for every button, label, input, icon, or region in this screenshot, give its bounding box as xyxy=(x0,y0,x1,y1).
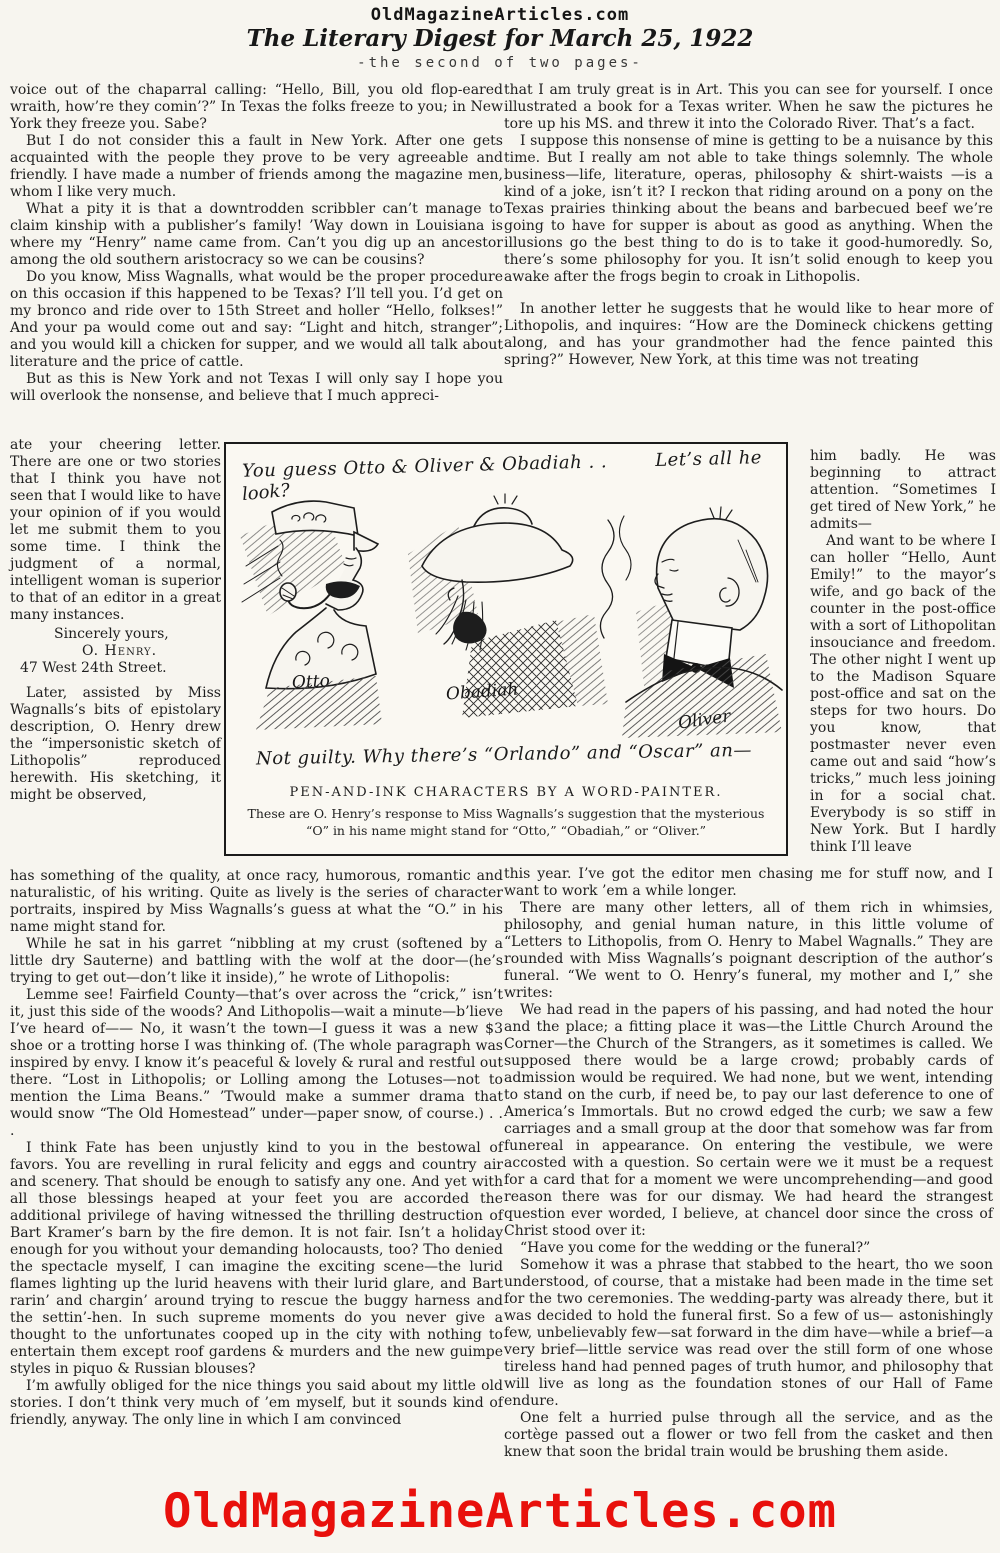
paragraph: We had read in the papers of his passing… xyxy=(504,1002,993,1240)
illustration-subcaption: These are O. Henry’s response to Miss Wa… xyxy=(226,805,786,839)
sketch-otto xyxy=(240,501,382,730)
paragraph: One felt a hurried pulse through all the… xyxy=(504,1410,993,1461)
paragraph: Somehow it was a phrase that stabbed to … xyxy=(504,1257,993,1410)
right-column-narrow: him badly. He was beginning to attract a… xyxy=(810,448,996,856)
pen-and-ink-sketch xyxy=(226,492,786,742)
signature-name: O. Henry. xyxy=(10,643,221,660)
page-note: -the second of two pages- xyxy=(0,55,1000,71)
paragraph: him badly. He was beginning to attract a… xyxy=(810,448,996,533)
paragraph: Later, assisted by Miss Wagnalls’s bits … xyxy=(10,685,221,804)
handwriting-bottom: Not guilty. Why there’s “Orlando” and “O… xyxy=(256,740,766,770)
character-label-otto: Otto xyxy=(292,671,331,693)
illustration-box: You guess Otto & Oliver & Obadiah . . Le… xyxy=(224,442,788,856)
illustration-caption: PEN-AND-INK CHARACTERS BY A WORD-PAINTER… xyxy=(226,785,786,800)
site-title: OldMagazineArticles.com xyxy=(0,5,1000,25)
paragraph: What a pity it is that a downtrodden scr… xyxy=(10,201,503,269)
right-column-upper: that I am truly great is in Art. This yo… xyxy=(504,82,993,369)
signature-closing: Sincerely yours, xyxy=(10,626,221,643)
paragraph: I think Fate has been unjustly kind to y… xyxy=(10,1140,503,1378)
paragraph: While he sat in his garret “nibbling at … xyxy=(10,936,503,987)
illustration-subcaption-line2: “O” in his name might stand for “Otto,” … xyxy=(226,822,786,839)
paragraph: has something of the quality, at once ra… xyxy=(10,868,503,936)
paragraph: this year. I’ve got the editor men chasi… xyxy=(504,866,993,900)
paragraph: There are many other letters, all of the… xyxy=(504,900,993,1002)
illustration-subcaption-line1: These are O. Henry’s response to Miss Wa… xyxy=(226,805,786,822)
paragraph: But as this is New York and not Texas I … xyxy=(10,371,503,405)
paragraph: And want to be where I can holler “Hello… xyxy=(810,533,996,856)
handwriting-top: You guess Otto & Oliver & Obadiah . . Le… xyxy=(242,447,762,482)
paragraph: “Have you come for the wedding or the fu… xyxy=(504,1240,993,1257)
paragraph: voice out of the chaparral calling: “Hel… xyxy=(10,82,503,133)
sketch-smoke xyxy=(600,516,631,638)
left-column-lower: has something of the quality, at once ra… xyxy=(10,868,503,1429)
paragraph: ate your cheering letter. There are one … xyxy=(10,437,221,624)
paragraph: In another letter he suggests that he wo… xyxy=(504,301,993,369)
right-column-lower: this year. I’ve got the editor men chasi… xyxy=(504,866,993,1461)
paragraph: that I am truly great is in Art. This yo… xyxy=(504,82,993,133)
handwriting-top-left: You guess Otto & Oliver & Obadiah . . xyxy=(242,451,608,482)
sketch-oliver xyxy=(622,507,782,738)
left-column-narrow: ate your cheering letter. There are one … xyxy=(10,437,221,804)
left-column-upper: voice out of the chaparral calling: “Hel… xyxy=(10,82,503,405)
paragraph: I suppose this nonsense of mine is getti… xyxy=(504,133,993,286)
paragraph: Lemme see! Fairfield County—that’s over … xyxy=(10,987,503,1140)
paragraph: Do you know, Miss Wagnalls, what would b… xyxy=(10,269,503,371)
site-footer: OldMagazineArticles.com xyxy=(0,1484,1000,1539)
handwriting-top-right: Let’s all he xyxy=(655,447,762,471)
magazine-page: OldMagazineArticles.com The Literary Dig… xyxy=(0,0,1000,1553)
signature-address: 47 West 24th Street. xyxy=(10,660,221,677)
paragraph: I’m awfully obliged for the nice things … xyxy=(10,1378,503,1429)
paragraph: But I do not consider this a fault in Ne… xyxy=(10,133,503,201)
journal-title: The Literary Digest for March 25, 1922 xyxy=(0,25,1000,52)
